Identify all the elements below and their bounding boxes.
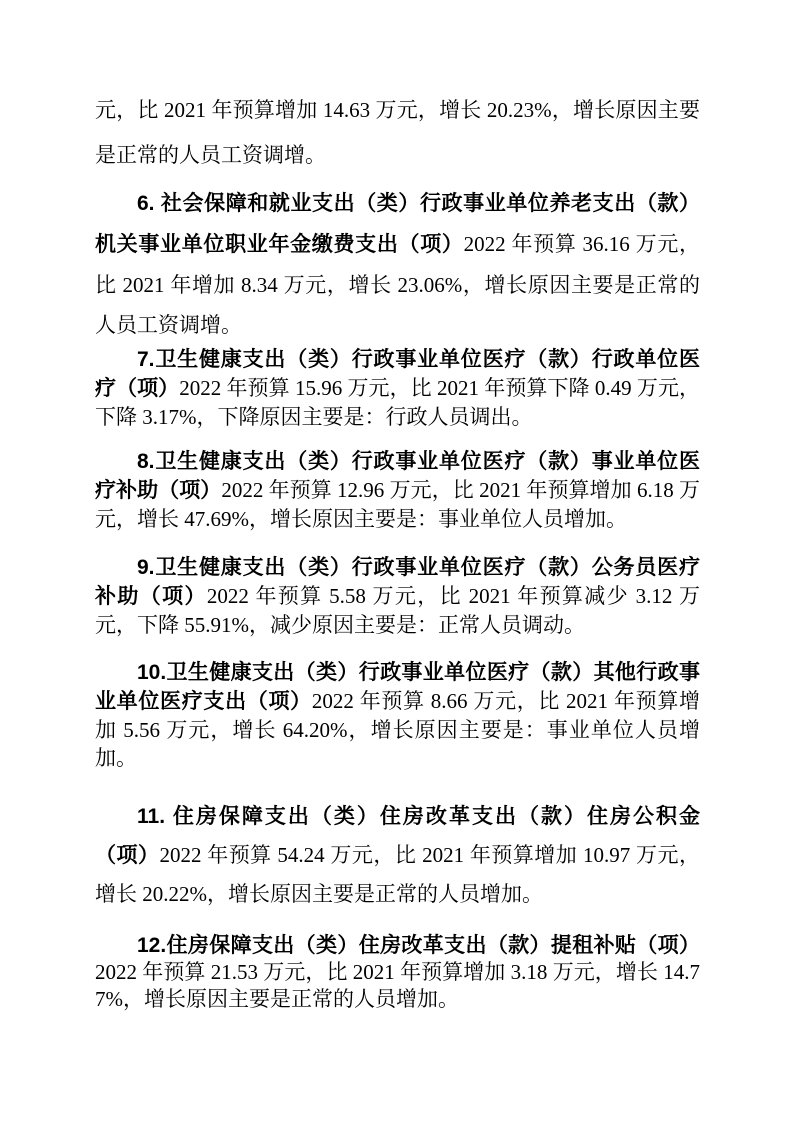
paragraph-item-10: 10.卫生健康支出（类）行政事业单位医疗（款）其他行政事业单位医疗支出（项）20…: [95, 658, 700, 772]
document-page: 元，比 2021 年预算增加 14.63 万元，增长 20.23%，增长原因主要…: [0, 0, 793, 1122]
paragraph-item-9: 9.卫生健康支出（类）行政事业单位医疗（款）公务员医疗补助（项）2022 年预算…: [95, 553, 700, 639]
paragraph-continuation: 元，比 2021 年预算增加 14.63 万元，增长 20.23%，增长原因主要…: [95, 88, 700, 178]
paragraph-body: 2022 年预算 21.53 万元，比 2021 年预算增加 3.18 万元，增…: [95, 960, 700, 1011]
paragraph-item-8: 8.卫生健康支出（类）行政事业单位医疗（款）事业单位医疗补助（项）2022 年预…: [95, 447, 700, 533]
paragraph-item-11: 11. 住房保障支出（类）住房改革支出（款）住房公积金（项）2022 年预算 5…: [95, 797, 700, 914]
paragraph-body: 元，比 2021 年预算增加 14.63 万元，增长 20.23%，增长原因主要…: [95, 98, 700, 167]
paragraph-item-7: 7.卫生健康支出（类）行政事业单位医疗（款）行政单位医疗（项）2022 年预算 …: [95, 345, 700, 431]
paragraph-item-6: 6. 社会保障和就业支出（类）行政事业单位养老支出（款）机关事业单位职业年金缴费…: [95, 183, 700, 345]
paragraph-body: 2022 年预算 54.24 万元，比 2021 年预算增加 10.97 万元，…: [95, 843, 700, 906]
paragraph-body: 2022 年预算 15.96 万元，比 2021 年预算下降 0.49 万元，下…: [95, 376, 700, 429]
paragraph-item-12: 12.住房保障支出（类）住房改革支出（款）提租补贴（项）2022 年预算 21.…: [95, 932, 700, 1013]
paragraph-heading: 12.住房保障支出（类）住房改革支出（款）提租补贴（项）: [137, 934, 700, 957]
